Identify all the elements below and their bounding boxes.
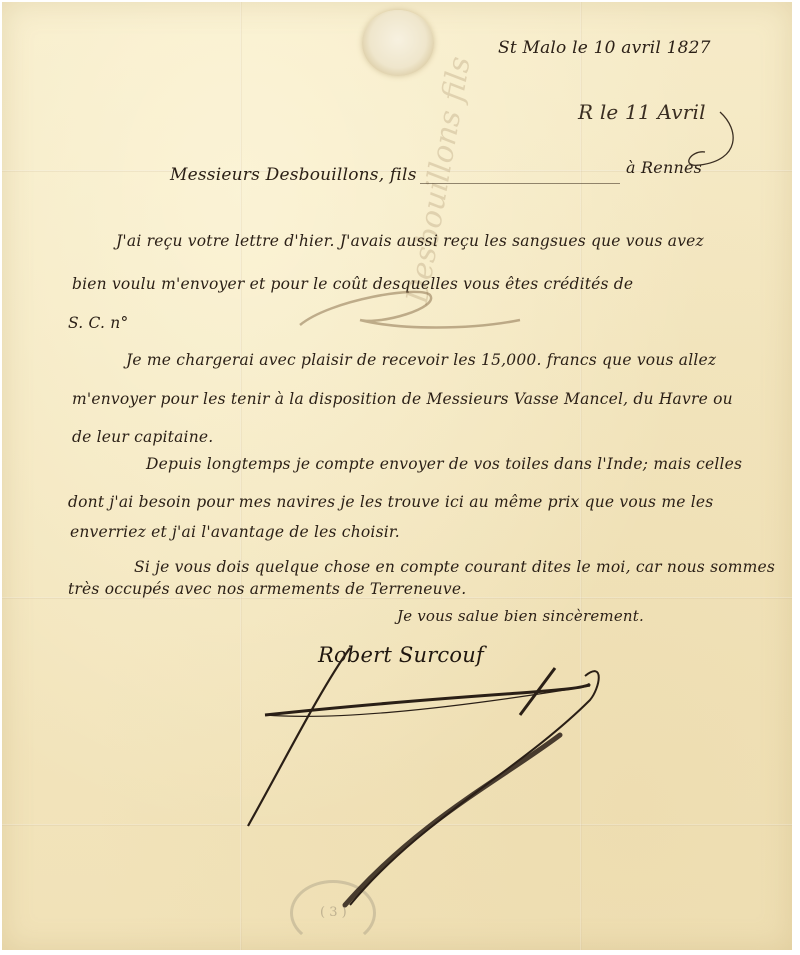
body-line: de leur capitaine. (72, 428, 213, 446)
wax-seal-icon (362, 10, 434, 76)
paper-fold-line (2, 824, 792, 826)
postmark-text: ( 3 ) (320, 905, 347, 920)
body-line: dont j'ai besoin pour mes navires je les… (68, 493, 713, 511)
letter-date: St Malo le 10 avril 1827 (498, 38, 711, 58)
body-line: enverriez et j'ai l'avantage de les choi… (70, 523, 400, 541)
body-line: bien voulu m'envoyer et pour le coût des… (72, 275, 633, 293)
body-line: Si je vous dois quelque chose en compte … (134, 558, 775, 576)
signature: Robert Surcouf (318, 643, 484, 667)
closing-salutation: Je vous salue bien sincèrement. (397, 607, 644, 625)
body-line: S. C. n° (68, 314, 128, 332)
addressee-rule (420, 183, 620, 184)
paper-fold-line (580, 2, 582, 950)
addressee: Messieurs Desbouillons, fils (170, 165, 417, 185)
body-line: Je me chargerai avec plaisir de recevoir… (126, 351, 716, 369)
body-line: J'ai reçu votre lettre d'hier. J'avais a… (116, 232, 704, 250)
body-line: m'envoyer pour les tenir à la dispositio… (72, 390, 733, 408)
destination-city: à Rennes (626, 158, 702, 177)
letter-paper (2, 2, 792, 950)
body-line: très occupés avec nos armements de Terre… (68, 580, 466, 598)
paper-fold-line (240, 2, 242, 950)
body-line: Depuis longtemps je compte envoyer de vo… (146, 455, 742, 473)
received-note: R le 11 Avril (578, 100, 706, 124)
